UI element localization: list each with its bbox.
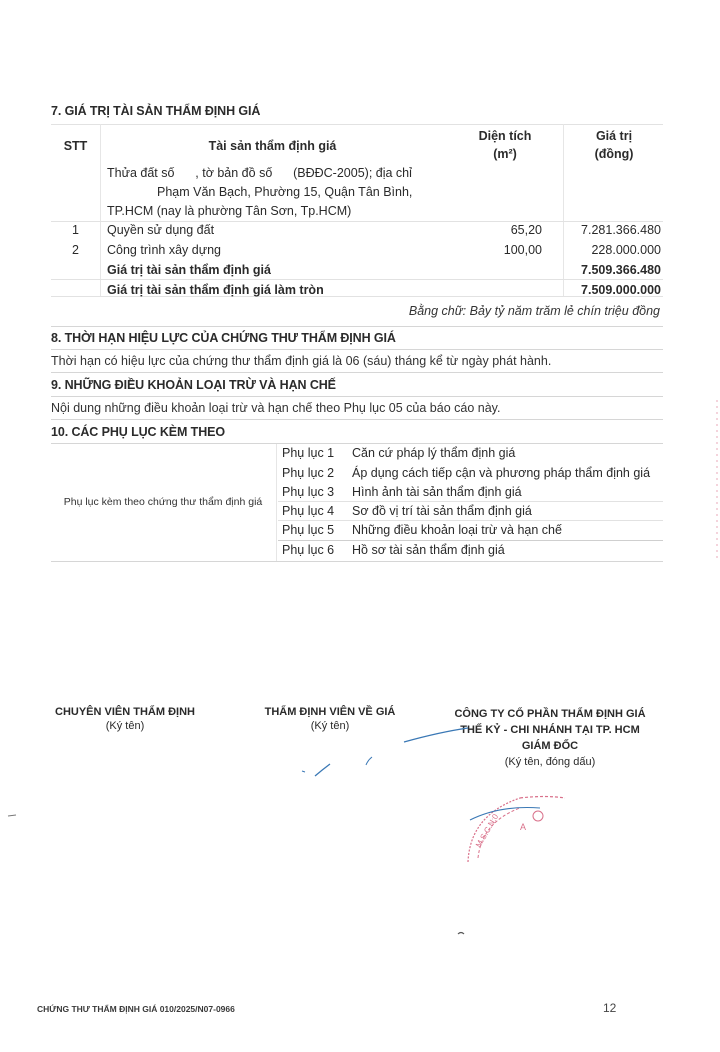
table-row-divider: [51, 279, 663, 280]
appendix-text: Áp dụng cách tiếp cận và phương pháp thẩ…: [352, 466, 650, 480]
company-line3: GIÁM ĐỐC: [440, 738, 660, 754]
svg-text:A: A: [520, 822, 526, 832]
description-line: Phạm Văn Bạch, Phường 15, Quận Tân Bình,: [157, 183, 497, 202]
appendix-item: Phụ lục 1 Căn cứ pháp lý thẩm định giá: [278, 446, 663, 465]
appendix-code: Phụ lục 1: [282, 446, 334, 460]
rounded-value: 7.509.000.000: [551, 283, 661, 297]
header-value-unit: (đồng): [566, 145, 662, 163]
description-line: Thửa đất số , tờ bản đồ số (BĐĐC-2005); …: [107, 164, 447, 183]
signature-specialist: CHUYÊN VIÊN THẨM ĐỊNH (Ký tên): [40, 706, 210, 732]
signature-stroke: [302, 771, 305, 772]
header-area: Diện tích (m²): [447, 127, 563, 163]
signature-company: CÔNG TY CỔ PHẦN THẨM ĐỊNH GIÁ THẾ KỶ - C…: [440, 706, 660, 770]
appendix-row-divider: [278, 540, 663, 541]
specialist-note: (Ký tên): [40, 720, 210, 732]
specialist-title: CHUYÊN VIÊN THẨM ĐỊNH: [40, 706, 210, 718]
company-line2: THẾ KỶ - CHI NHÁNH TẠI TP. HCM: [440, 722, 660, 738]
appendix-divider: [276, 444, 277, 561]
appendix-text: Hồ sơ tài sản thẩm định giá: [352, 543, 505, 557]
header-stt: STT: [51, 139, 100, 153]
section-7-title: 7. GIÁ TRỊ TÀI SẢN THẨM ĐỊNH GIÁ: [51, 104, 260, 118]
scan-artifact: [8, 815, 16, 816]
appendix-item: Phụ lục 2 Áp dụng cách tiếp cận và phươn…: [278, 466, 663, 485]
divider: [51, 419, 663, 420]
scan-artifact: [458, 933, 464, 935]
row-asset: Quyền sử dụng đất: [107, 223, 447, 237]
appendix-code: Phụ lục 2: [282, 466, 334, 480]
divider: [51, 443, 663, 444]
total-label: Giá trị tài sản thẩm định giá: [107, 263, 447, 277]
appendix-row-divider: [278, 520, 663, 521]
header-value-line1: Giá trị: [566, 127, 662, 145]
header-value: Giá trị (đồng): [566, 127, 662, 163]
row-value: 7.281.366.480: [551, 223, 661, 237]
row-area: 100,00: [447, 243, 542, 257]
section-8-text: Thời hạn có hiệu lực của chứng thư thẩm …: [51, 354, 551, 368]
header-area-line1: Diện tích: [447, 127, 563, 145]
section-9-text: Nội dung những điều khoản loại trừ và hạ…: [51, 401, 500, 415]
appendix-code: Phụ lục 3: [282, 485, 334, 499]
row-area: 65,20: [447, 223, 542, 237]
divider: [51, 372, 663, 373]
divider: [51, 561, 663, 562]
appraiser-note: (Ký tên): [250, 720, 410, 732]
appraiser-title: THẨM ĐỊNH VIÊN VỀ GIÁ: [250, 706, 410, 718]
row-value: 228.000.000: [551, 243, 661, 257]
section-10-title: 10. CÁC PHỤ LỤC KÈM THEO: [51, 425, 225, 439]
rounded-label: Giá trị tài sản thẩm định giá làm tròn: [107, 283, 447, 297]
section-8-title: 8. THỜI HẠN HIỆU LỰC CỦA CHỨNG THƯ THẨM …: [51, 331, 396, 345]
row-stt: 2: [51, 243, 100, 257]
header-asset: Tài sản thẩm định giá: [100, 139, 445, 153]
signature-stroke: [366, 757, 372, 765]
svg-text:M.S.C.N:0: M.S.C.N:0: [474, 812, 501, 849]
company-note: (Ký tên, đóng dấu): [440, 754, 660, 770]
appendix-row-divider: [278, 501, 663, 502]
signature-stroke: [315, 764, 330, 776]
section-9-title: 9. NHỮNG ĐIỀU KHOẢN LOẠI TRỪ VÀ HẠN CHẾ: [51, 378, 336, 392]
signature-appraiser: THẨM ĐỊNH VIÊN VỀ GIÁ (Ký tên): [250, 706, 410, 732]
company-line1: CÔNG TY CỔ PHẦN THẨM ĐỊNH GIÁ: [440, 706, 660, 722]
appendix-text: Những điều khoản loại trừ và hạn chế: [352, 523, 562, 537]
row-stt: 1: [51, 223, 100, 237]
description-line: TP.HCM (nay là phường Tân Sơn, Tp.HCM): [107, 202, 447, 221]
company-stamp-icon: M.S.C.N:0 A: [468, 797, 565, 863]
total-value: 7.509.366.480: [551, 263, 661, 277]
divider: [51, 349, 663, 350]
appendix-text: Căn cứ pháp lý thẩm định giá: [352, 446, 515, 460]
appendix-label: Phụ lục kèm theo chứng thư thẩm định giá: [51, 496, 275, 508]
appendix-code: Phụ lục 6: [282, 543, 334, 557]
appendix-text: Hình ảnh tài sản thẩm định giá: [352, 485, 522, 499]
appendix-text: Sơ đồ vị trí tài sản thẩm định giá: [352, 504, 532, 518]
footer-certificate-number: CHỨNG THƯ THẨM ĐỊNH GIÁ 010/2025/N07-096…: [37, 1004, 235, 1014]
divider: [51, 326, 663, 327]
appendix-code: Phụ lục 4: [282, 504, 334, 518]
row-asset: Công trình xây dựng: [107, 243, 447, 257]
header-area-unit: (m²): [447, 145, 563, 163]
divider: [51, 396, 663, 397]
table-row-divider: [51, 221, 663, 222]
appendix-code: Phụ lục 5: [282, 523, 334, 537]
document-page: 7. GIÁ TRỊ TÀI SẢN THẨM ĐỊNH GIÁ STT Tài…: [0, 0, 720, 1052]
appendix-item: Phụ lục 6 Hồ sơ tài sản thẩm định giá: [278, 543, 663, 562]
amount-in-words: Bằng chữ: Bảy tỷ năm trăm lẻ chín triệu …: [409, 304, 660, 318]
table-border-top: [51, 124, 663, 125]
page-number: 12: [603, 1001, 616, 1015]
